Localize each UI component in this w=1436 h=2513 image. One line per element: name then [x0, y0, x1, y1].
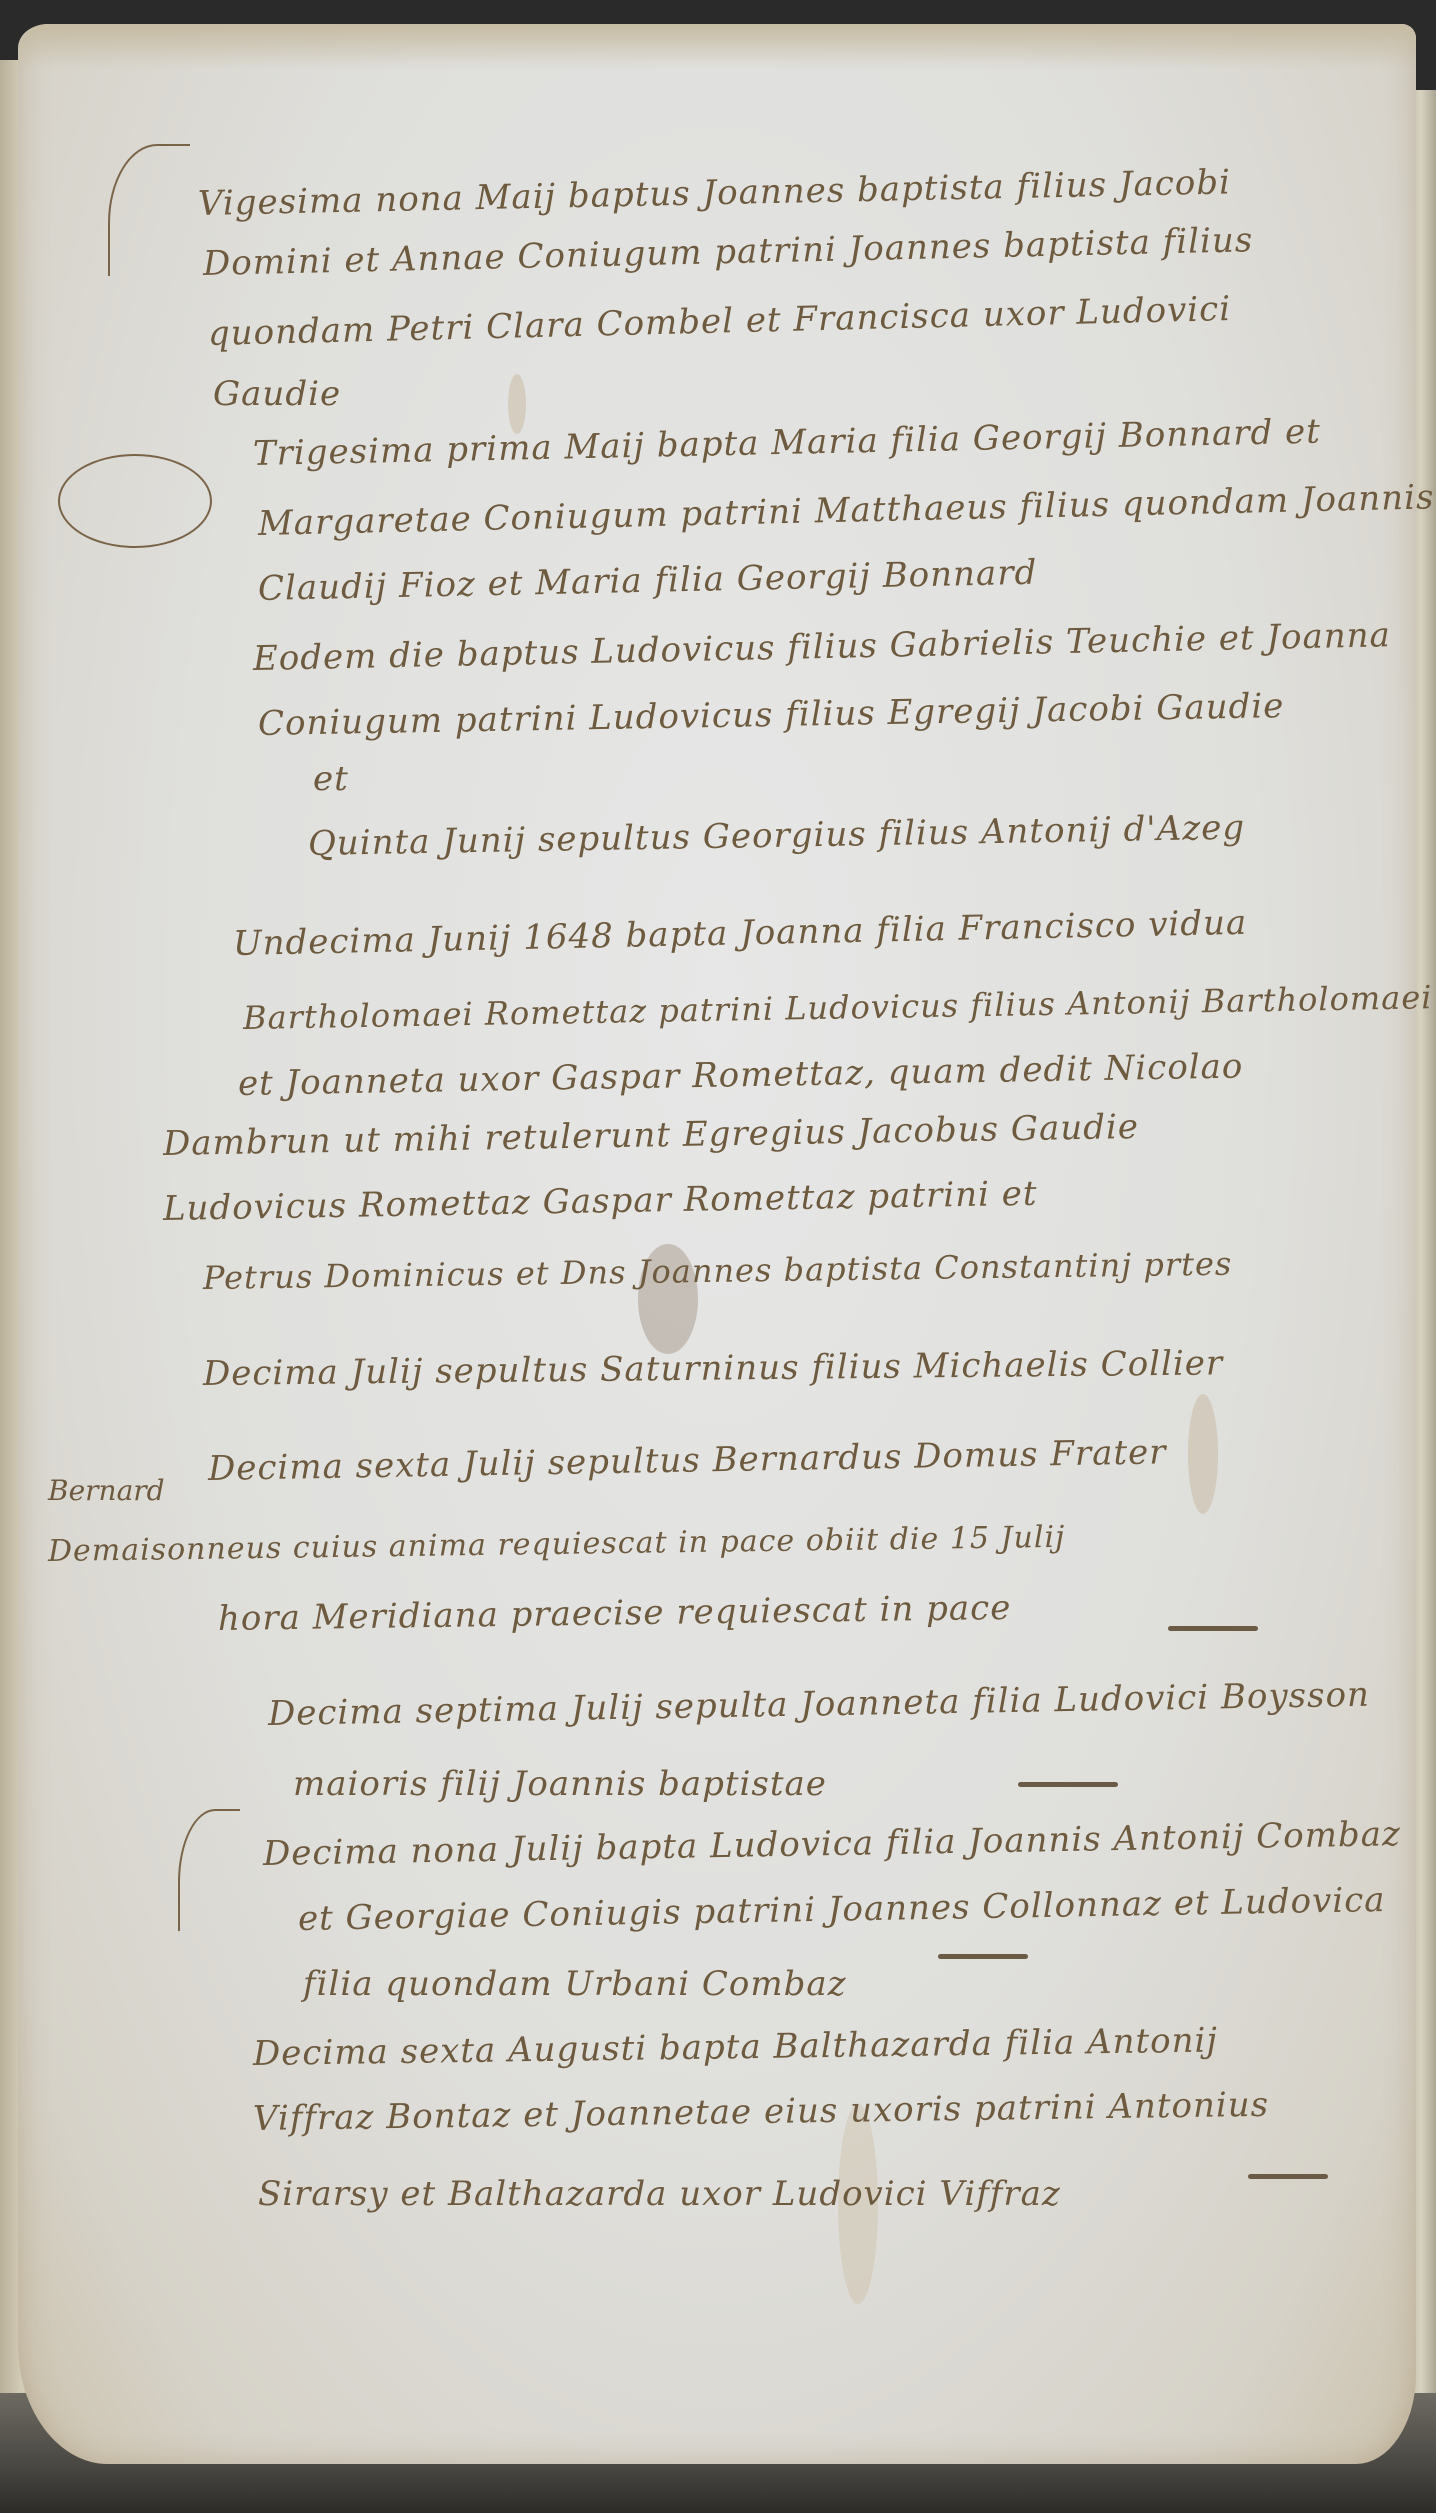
entry-8-line-2: maioris filij Joannis baptistae	[293, 1764, 827, 1804]
manuscript-page: Vigesima nona Maij baptus Joannes baptis…	[18, 24, 1416, 2464]
entry-5-line-3: et Joanneta uxor Gaspar Romettaz, quam d…	[238, 1046, 1244, 1104]
entry-5-line-1: Undecima Junij 1648 bapta Joanna filia F…	[233, 903, 1248, 964]
entry-1-line-2: Domini et Annae Coniugum patrini Joannes…	[203, 220, 1254, 284]
initial-flourish	[108, 144, 190, 276]
entry-3-line-3: et	[313, 759, 349, 799]
line-end-dash	[1248, 2174, 1328, 2179]
entry-5-line-5: Ludovicus Romettaz Gaspar Romettaz patri…	[163, 1174, 1038, 1229]
entry-4-line-1: Quinta Junij sepultus Georgius filius An…	[308, 808, 1246, 864]
entry-1-line-3: quondam Petri Clara Combel et Francisca …	[208, 289, 1232, 354]
entry-7-line-1: Decima sexta Julij sepultus Bernardus Do…	[208, 1432, 1167, 1489]
entry-8-line-1: Decima septima Julij sepulta Joanneta fi…	[268, 1675, 1371, 1734]
ink-stain	[508, 374, 526, 434]
entry-2-line-2: Margaretae Coniugum patrini Matthaeus fi…	[258, 477, 1435, 544]
entry-2-line-3: Claudij Fioz et Maria filia Georgij Bonn…	[258, 553, 1038, 609]
entry-10-line-1: Decima sexta Augusti bapta Balthazarda f…	[253, 2021, 1218, 2074]
line-end-dash	[1018, 1782, 1118, 1787]
line-end-dash	[1168, 1626, 1258, 1631]
entry-3-line-1: Eodem die baptus Ludovicus filius Gabrie…	[253, 615, 1392, 679]
initial-flourish	[58, 454, 212, 548]
entry-6-line-1: Decima Julij sepultus Saturninus filius …	[203, 1343, 1224, 1394]
margin-note-name: Bernard	[48, 1474, 165, 1507]
entry-1-line-1: Vigesima nona Maij baptus Joannes baptis…	[198, 162, 1232, 224]
entry-5-line-4: Dambrun ut mihi retulerunt Egregius Jaco…	[163, 1107, 1140, 1164]
entry-10-line-2: Viffraz Bontaz et Joannetae eius uxoris …	[253, 2085, 1270, 2139]
entry-3-line-2: Coniugum patrini Ludovicus filius Egregi…	[258, 686, 1285, 744]
entry-1-line-4: Gaudie	[213, 374, 341, 414]
entry-9-line-2: et Georgiae Coniugis patrini Joannes Col…	[298, 1880, 1386, 1939]
entry-5-line-2: Bartholomaei Romettaz patrini Ludovicus …	[243, 978, 1433, 1037]
entry-9-line-1: Decima nona Julij bapta Ludovica filia J…	[263, 1814, 1402, 1874]
entry-2-line-1: Trigesima prima Maij bapta Maria filia G…	[253, 412, 1322, 474]
initial-flourish	[178, 1809, 240, 1931]
line-end-dash	[938, 1954, 1028, 1959]
entry-9-line-3: filia quondam Urbani Combaz	[303, 1964, 847, 2004]
entry-7-line-3: hora Meridiana praecise requiescat in pa…	[218, 1588, 1012, 1639]
entry-10-line-3: Sirarsy et Balthazarda uxor Ludovici Vif…	[258, 2174, 1061, 2214]
water-stain	[1188, 1394, 1218, 1514]
entry-5-line-6: Petrus Dominicus et Dns Joannes baptista…	[203, 1245, 1233, 1297]
entry-7-line-2: Demaisonneus cuius anima requiescat in p…	[48, 1520, 1066, 1569]
